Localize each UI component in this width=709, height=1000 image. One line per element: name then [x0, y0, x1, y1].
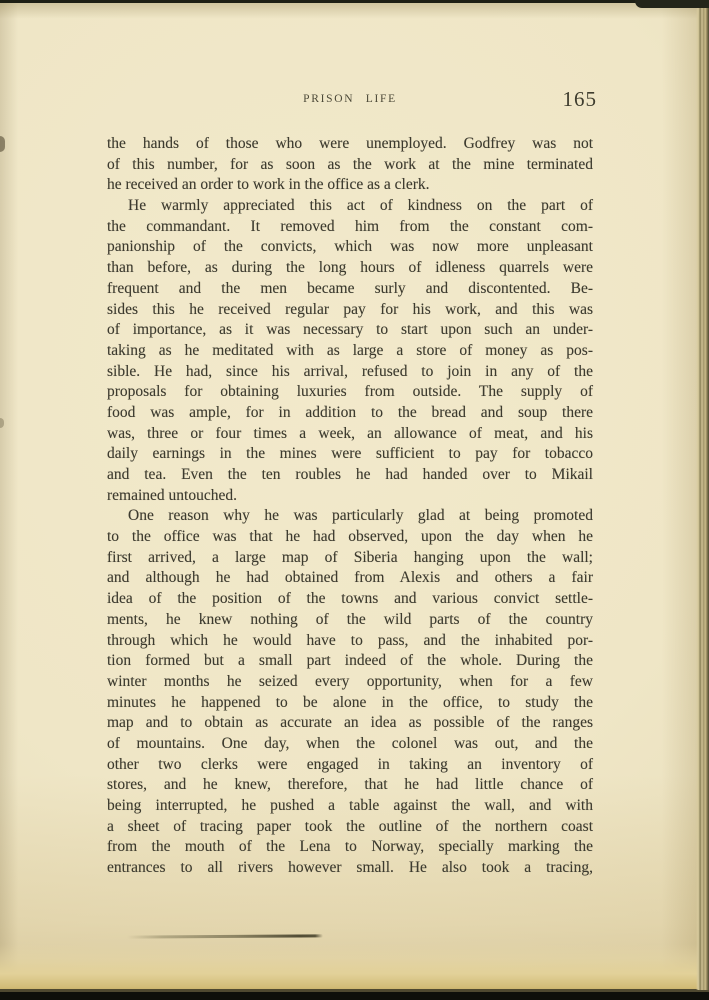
text-line: to the office was that he had observed, … — [107, 527, 593, 548]
text-line: other two clerks were engaged in taking … — [107, 755, 593, 776]
text-line: first arrived, a large map of Siberia ha… — [107, 548, 593, 569]
text-line: frequent and the men became surly and di… — [107, 279, 593, 300]
text-line: sides this he received regular pay for h… — [107, 300, 593, 321]
text-line: remained untouched. — [107, 486, 593, 507]
text-line: of mountains. One day, when the colonel … — [107, 734, 593, 755]
scan-background-top-right-corner — [635, 0, 709, 8]
text-line: map and to obtain as accurate an idea as… — [107, 713, 593, 734]
scan-background-top-edge — [0, 0, 709, 3]
text-line: winter months he seized every opportunit… — [107, 672, 593, 693]
text-line: panionship of the convicts, which was no… — [107, 237, 593, 258]
text-line: tion formed but a small part indeed of t… — [107, 651, 593, 672]
page-stack-bottom-edge — [0, 944, 709, 992]
scanned-book-page: PRISON LIFE 165 the hands of those who w… — [0, 0, 709, 1000]
text-line: and although he had obtained from Alexis… — [107, 568, 593, 589]
text-line: he received an order to work in the offi… — [107, 175, 593, 196]
text-line: One reason why he was particularly glad … — [107, 506, 593, 527]
text-line: taking as he meditated with as large a s… — [107, 341, 593, 362]
text-line: sible. He had, since his arrival, refuse… — [107, 362, 593, 383]
text-line: from the mouth of the Lena to Norway, sp… — [107, 837, 593, 858]
text-line: food was ample, for in addition to the b… — [107, 403, 593, 424]
text-line: daily earnings in the mines were suffici… — [107, 444, 593, 465]
body-text-block: the hands of those who were unemployed. … — [107, 134, 593, 879]
text-line: being interrupted, he pushed a table aga… — [107, 796, 593, 817]
text-line: of this number, for as soon as the work … — [107, 155, 593, 176]
text-line: He warmly appreciated this act of kindne… — [107, 196, 593, 217]
text-line: idea of the position of the towns and va… — [107, 589, 593, 610]
text-line: a sheet of tracing paper took the outlin… — [107, 817, 593, 838]
left-edge-speck — [0, 136, 5, 152]
text-line: proposals for obtaining luxuries from ou… — [107, 382, 593, 403]
page-number: 165 — [107, 87, 597, 112]
text-line: through which he would have to pass, and… — [107, 631, 593, 652]
text-line: was, three or four times a week, an allo… — [107, 424, 593, 445]
text-line: the commandant. It removed him from the … — [107, 217, 593, 238]
page-stack-right-edge — [696, 3, 709, 990]
text-line: minutes he happened to be alone in the o… — [107, 693, 593, 714]
text-line: the hands of those who were unemployed. … — [107, 134, 593, 155]
scan-background-bottom-edge — [0, 992, 709, 1000]
text-line: of importance, as it was necessary to st… — [107, 320, 593, 341]
text-line: ments, he knew nothing of the wild parts… — [107, 610, 593, 631]
text-line: entrances to all rivers however small. H… — [107, 858, 593, 879]
text-line: stores, and he knew, therefore, that he … — [107, 775, 593, 796]
text-line: than before, as during the long hours of… — [107, 258, 593, 279]
text-line: and tea. Even the ten roubles he had han… — [107, 465, 593, 486]
